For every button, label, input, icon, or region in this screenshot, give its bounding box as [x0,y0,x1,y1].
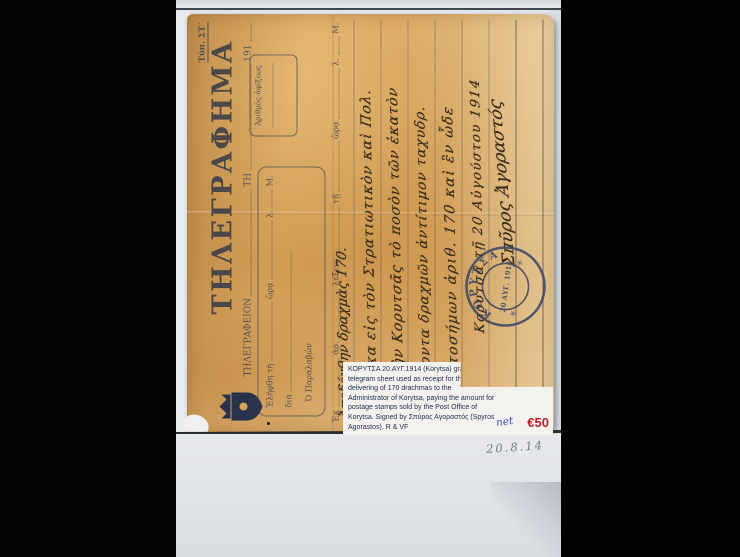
meridiem-label: Μ. [266,175,275,186]
album-page-photo: Τύπ. ΣΤ΄ ΤΗΛΕΓΡΑΦΗΜΑ ΤΗΛΕΓΡΑΦΕΙΟΝ ΤΗ 191 [176,0,561,557]
svg-text:✳: ✳ [508,309,518,317]
via-label: διὰ [285,394,294,407]
received-label: Ἐλήφθη τὴ [266,364,275,408]
meridiem2-label: Μ. [332,23,342,34]
korytsa-postmark-icon: ΚΟΡΥΤΣΑ 20 ΑΥΓ. 1914 ✳ ✳ [458,239,553,334]
price-tag: €50 [527,415,549,430]
receipt-box: Ἐλήφθη τὴ ὥρᾳ λ. Μ. διὰ Ὁ Παραλαβών [258,167,326,417]
black-border-right [561,0,740,557]
album-page-lower: 20.8.14 [176,434,561,557]
greek-state-emblem-icon [216,385,264,429]
label-line: Agorastos). R & VF [348,423,495,433]
svg-text:✳: ✳ [515,259,525,267]
protective-sleeve-area: Τύπ. ΣΤ΄ ΤΗΛΕΓΡΑΦΗΜΑ ΤΗΛΕΓΡΑΦΕΙΟΝ ΤΗ 191 [176,10,561,431]
label-line: Korytsa. Signed by Σπύρος Αγοραστός (Spy… [348,413,495,423]
label-line: Administrator of Korytsa, paying the amo… [348,394,495,404]
message-rule [462,20,463,427]
label-line: postage stamps sold by the Post Office o… [348,403,495,413]
ink-speck [267,422,270,425]
hour2-label: ὥρᾳ [332,121,342,139]
message-rule [543,20,544,427]
date-prefix-label: ΤΗ [244,173,254,187]
arrival-number-box: Ἀριθμὸς ἀφίξεως [250,55,298,137]
minutes2-label: λ. [332,58,342,66]
page-corner-shadow [491,482,561,557]
black-border-left [0,0,176,557]
pencil-date-annotation: 20.8.14 [486,438,545,456]
hour-label: ὥρᾳ [266,283,275,300]
minutes-label: λ. [266,210,275,218]
telegram-title: ΤΗΛΕΓΡΑΦΗΜΑ [208,40,239,315]
handwritten-net-note: net [495,415,514,429]
postmark-date: 20 ΑΥΓ. 1914 [498,260,514,313]
receiver-label: Ὁ Παραλαβών [305,343,314,401]
message-rule [489,20,490,427]
on-date-label: τῇ [332,194,342,204]
office-label: ΤΗΛΕΓΡΑΦΕΙΟΝ [244,298,254,376]
arrival-number-label: Ἀριθμὸς ἀφίξεως [255,56,263,136]
